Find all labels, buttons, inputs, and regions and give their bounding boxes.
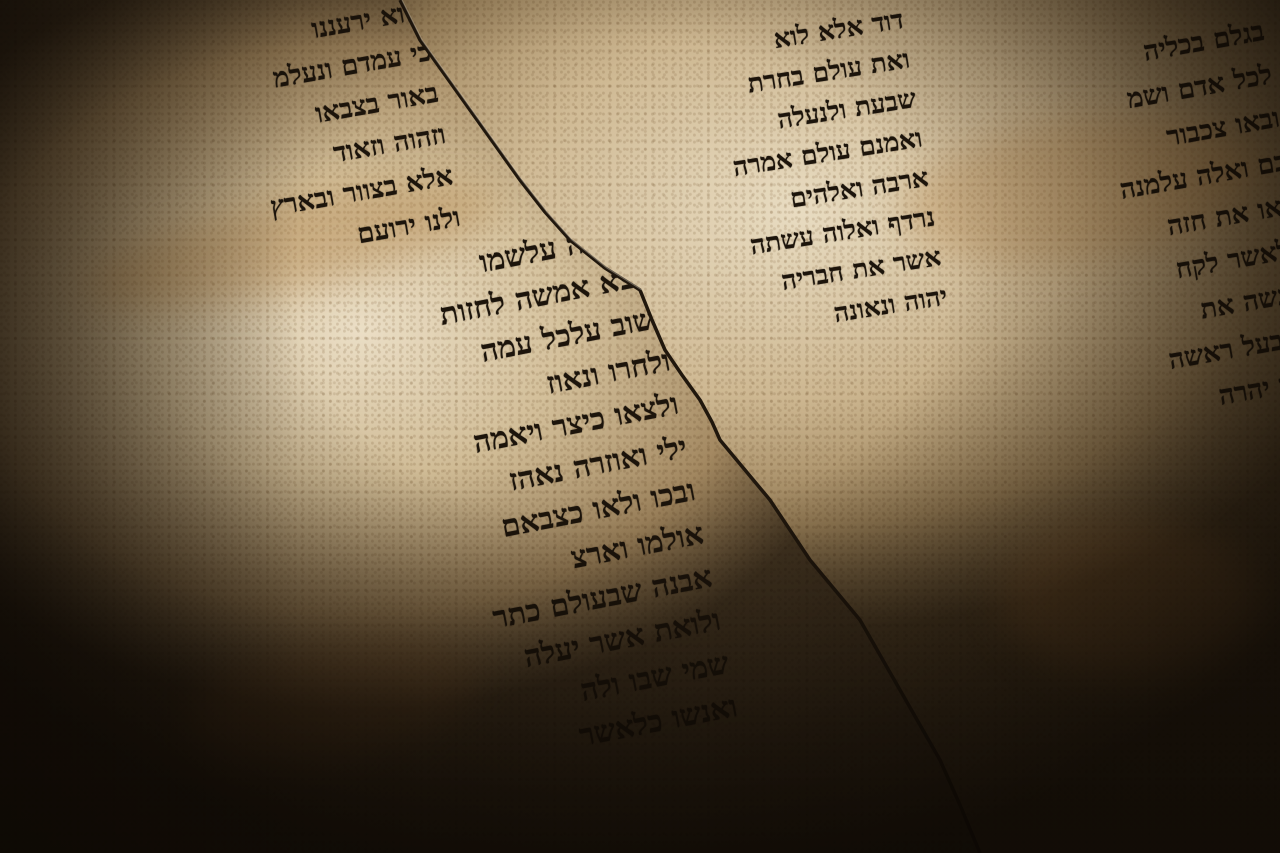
manuscript-photo: ולוא ירעננו כי עמדם ונעלמ באור בצבאו וזה… — [0, 0, 1280, 853]
right-text-column-far: בגלם בכליה לכל אדם ושמ ובאו צכבור בם ואל… — [1093, 10, 1280, 429]
stain — [1000, 520, 1260, 680]
stain — [172, 615, 488, 785]
right-text-column: דוד אלא לוא ואת עולם בחרת שבעת ולנעלה וא… — [711, 0, 950, 346]
